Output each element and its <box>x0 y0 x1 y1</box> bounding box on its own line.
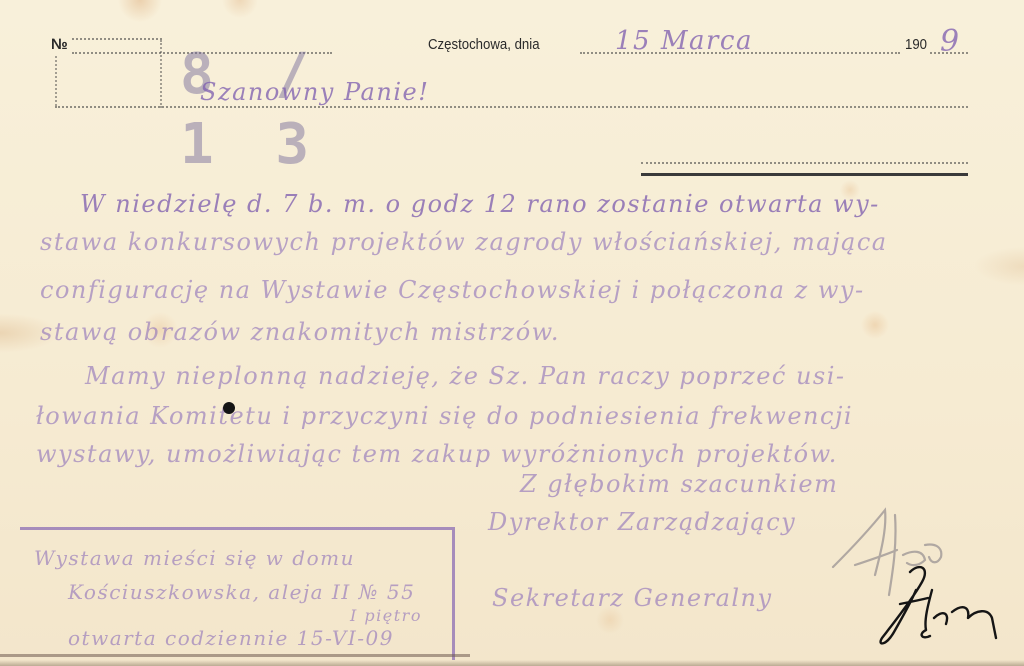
address-line-dotted <box>641 162 968 164</box>
exhibition-info-box: Wystawa mieści się w domu Kościuszkowska… <box>20 527 455 660</box>
body-line-5: Mamy nieplonną nadzieję, że Sz. Pan racz… <box>85 362 846 390</box>
info-line-2: Kościuszkowska, aleja II № 55 <box>68 580 415 604</box>
postcard: № 8 / 1 3 Częstochowa, dnia 15 Marca 190… <box>0 0 1024 666</box>
year-printed: 190 <box>905 36 927 53</box>
number-box-left-edge <box>55 56 57 106</box>
info-line-3: I piętro <box>350 606 422 625</box>
body-line-7: wystawy, umożliwiając tem zakup wyróżnio… <box>36 440 838 468</box>
ink-blot <box>223 402 235 414</box>
number-field-dotted-line <box>72 38 162 40</box>
body-line-6: łowania Komitetu i przyczyni się do podn… <box>36 402 853 430</box>
address-line-solid <box>641 173 968 176</box>
info-line-4: otwarta codziennie 15-VI-09 <box>68 626 394 650</box>
info-line-1: Wystawa mieści się w domu <box>34 546 355 570</box>
secretary-signature <box>872 560 1012 655</box>
body-line-2: stawa konkursowych projektów zagrody wło… <box>40 228 888 256</box>
number-label: № <box>51 36 67 53</box>
info-box-bottom-edge <box>0 654 470 657</box>
body-line-3: configurację na Wystawie Częstochowskiej… <box>40 276 865 304</box>
body-line-1: W niedzielę d. 7 b. m. o godz 12 rano zo… <box>80 190 880 218</box>
director-title: Dyrektor Zarządzający <box>488 508 796 536</box>
handwritten-year: 9 <box>940 24 961 59</box>
body-line-4: stawą obrazów znakomitych mistrzów. <box>40 318 560 346</box>
city-date-label: Częstochowa, dnia <box>428 36 540 53</box>
number-box-divider <box>160 40 162 108</box>
secretary-title: Sekretarz Generalny <box>492 584 773 612</box>
handwritten-date: 15 Marca <box>615 26 753 56</box>
closing-regards: Z głębokim szacunkiem <box>520 470 838 498</box>
recipient-greeting: Szanowny Panie! <box>200 78 429 106</box>
